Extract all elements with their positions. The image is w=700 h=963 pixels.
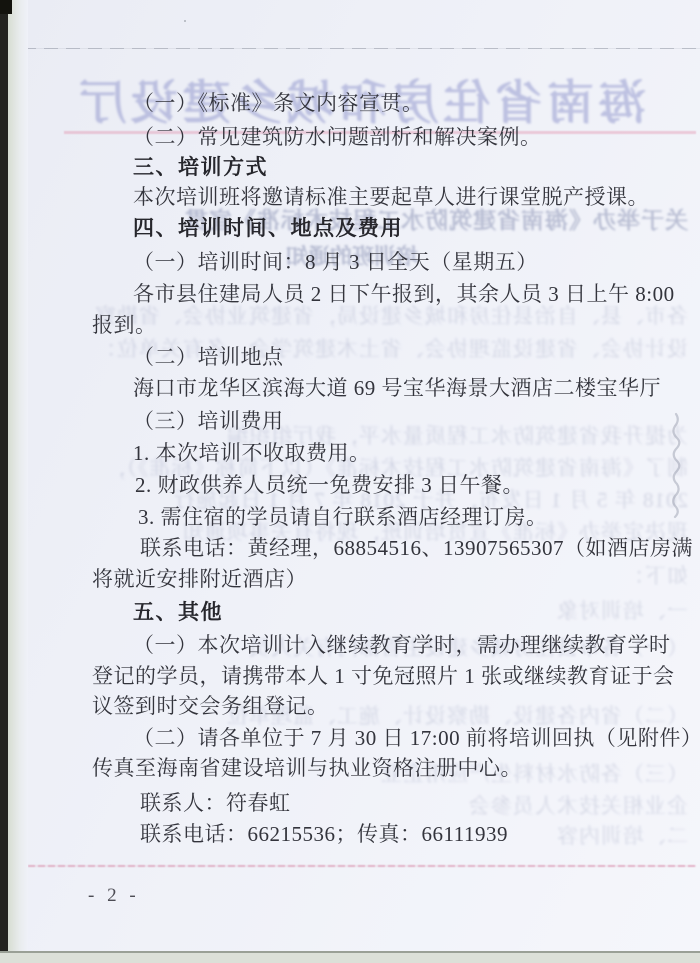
text-line: （三）培训费用 — [133, 405, 284, 435]
text-line: 2. 财政供养人员统一免费安排 3 日午餐。 — [135, 469, 524, 499]
bleedthrough-line: 一、培训对象 — [16, 595, 688, 625]
scanned-document-page: 海南省住房和城乡建设厅 关于举办《海南省建筑防水工程技术标准》宣贯 培训班的通知… — [0, 0, 700, 951]
scan-speck — [184, 20, 186, 22]
scanner-corner-mark — [0, 0, 12, 14]
text-line: 本次培训班将邀请标准主要起草人进行课堂脱产授课。 — [133, 181, 649, 211]
page-number: - 2 - — [88, 885, 140, 907]
text-line: 报到。 — [92, 309, 157, 339]
text-line: 各市县住建局人员 2 日下午报到，其余人员 3 日上午 8:00 — [133, 278, 675, 308]
scanner-edge-shadow — [0, 0, 8, 963]
text-line: 议签到时交会务组登记。 — [92, 690, 329, 720]
text-line: 联系人：符春虹 — [140, 787, 291, 817]
text-line: （一）本次培训计入继续教育学时，需办理继续教育学时 — [133, 629, 671, 659]
text-line: 登记的学员，请携带本人 1 寸免冠照片 1 张或继续教育证于会 — [92, 660, 675, 690]
text-line: （一）《标准》条文内容宣贯。 — [133, 87, 424, 117]
text-line: 联系电话：66215536；传真：66111939 — [140, 818, 508, 848]
text-line: 1. 本次培训不收取费用。 — [133, 437, 371, 467]
page-bottom-edge — [0, 951, 700, 963]
text-line: 3. 需住宿的学员请自行联系酒店经理订房。 — [138, 501, 548, 531]
text-line: （二）常见建筑防水问题剖析和解决案例。 — [133, 121, 542, 151]
text-line: 传真至海南省建设培训与执业资格注册中心。 — [92, 752, 522, 782]
scanner-edge-highlight — [8, 0, 28, 951]
text-line: （二）培训地点 — [133, 341, 284, 371]
section-heading: 五、其他 — [133, 596, 223, 626]
text-line: （二）请各单位于 7 月 30 日 17:00 前将培训回执（见附件） — [133, 722, 700, 752]
text-line: 海口市龙华区滨海大道 69 号宝华海景大酒店二楼宝华厅 — [133, 372, 661, 402]
text-line: 联系电话：黄经理，68854516、13907565307（如酒店房满 — [140, 532, 693, 562]
text-line: （一）培训时间：8 月 3 日全天（星期五） — [133, 246, 538, 276]
margin-scribble — [666, 412, 686, 527]
text-line: 将就近安排附近酒店） — [92, 563, 307, 593]
scan-speck — [247, 251, 250, 254]
bleedthrough-line: 企业相关技术人员参会 — [16, 790, 688, 820]
section-heading: 四、培训时间、地点及费用 — [133, 212, 403, 242]
bleedthrough-cut-line — [28, 865, 696, 867]
section-heading: 三、培训方式 — [133, 151, 268, 181]
scan-fold-line — [0, 48, 700, 49]
